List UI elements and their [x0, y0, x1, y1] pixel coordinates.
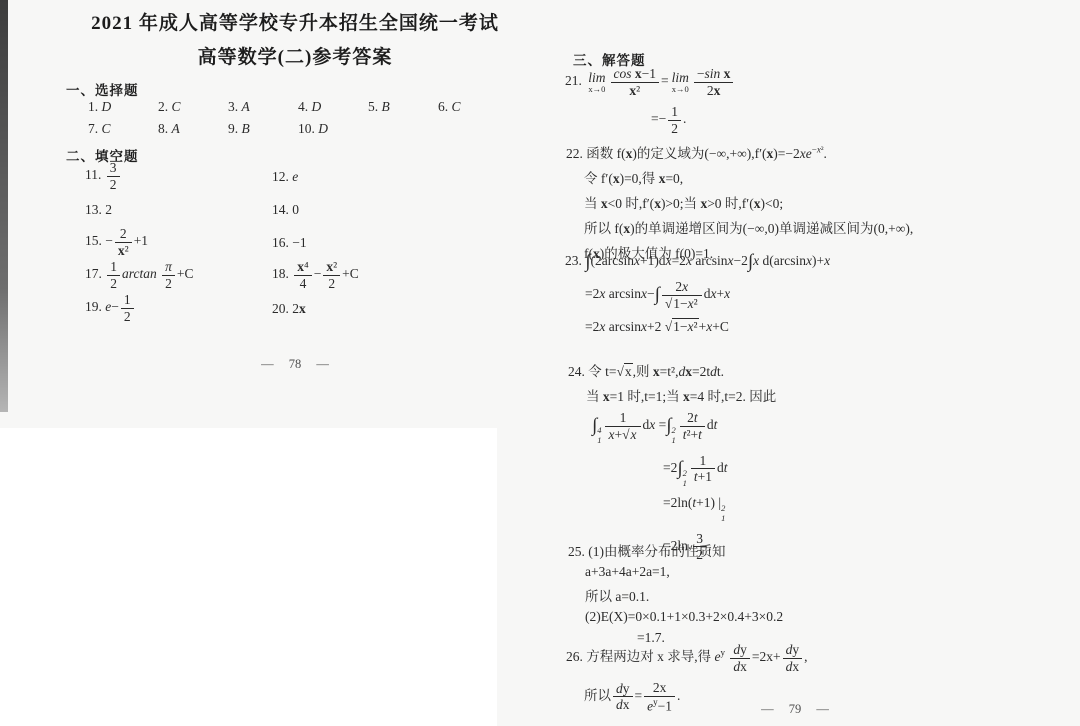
- blank-answer-13: 13. 2: [85, 202, 272, 218]
- blank-answers-row: 19. e−12 20. 2x: [85, 292, 485, 325]
- problem-25-line-4: (2)E(X)=0×0.1+1×0.3+2×0.4+3×0.2: [585, 609, 1073, 626]
- problem-22-line-2: 令 f′(x)=0,得 x=0,: [584, 167, 1078, 187]
- blank-answer-18: 18. x⁴4−x²2+C: [272, 259, 485, 291]
- problem-23: 23. ∫(2arcsinx+1)dx=2x arcsinx−2∫x d(arc…: [565, 252, 1077, 342]
- problem-24: 24. 令 t=√x,则 x=t²,dx=2tdt. 当 x=1 时,t=1;当…: [568, 360, 1073, 569]
- scan-dark-edge: [0, 0, 8, 412]
- problem-25-line-3: 所以 a=0.1.: [585, 585, 1073, 605]
- choice-answer-4: 4. D: [298, 99, 368, 115]
- problem-24-line-4: =2∫211t+1dt: [663, 453, 1073, 489]
- blank-answer-12: 12. e: [272, 169, 485, 185]
- choice-answer-7: 7. C: [88, 121, 158, 137]
- blank-answers-row: 17. 12arctan π2+C 18. x⁴4−x²2+C: [85, 259, 485, 292]
- problem-22: 22. 函数 f(x)的定义域为(−∞,+∞),f′(x)=−2xe−x². 令…: [566, 142, 1078, 268]
- problem-23-line-3: =2x arcsinx+2 √1−x²+x+C: [585, 319, 1077, 336]
- problem-23-line-2: =2x arcsinx−∫2x√1−x²dx+x: [585, 279, 1077, 311]
- problem-26-line-1: 26. 方程两边对 x 求导,得 ey dydx=2x+dydx,: [566, 642, 1071, 674]
- exam-title-line1: 2021 年成人高等学校专升本招生全国统一考试: [55, 8, 535, 35]
- page-number-79: — 79 —: [565, 702, 1025, 717]
- blank-answers-row: 13. 2 14. 0: [85, 193, 485, 226]
- section-heading-choice: 一、选择题: [66, 79, 139, 99]
- problem-25-line-1: 25. (1)由概率分布的性质知: [568, 540, 1073, 560]
- problem-25-line-2: a+3a+4a+2a=1,: [585, 564, 1073, 581]
- problem-24-line-5: =2ln(t+1) |21: [663, 495, 1073, 524]
- choice-answers-row-2: 7. C 8. A 9. B 10. D: [88, 121, 368, 137]
- blank-white-area: [0, 428, 497, 726]
- problem-24-line-3: ∫411x+√xdx =∫212tt²+tdt: [592, 410, 1073, 446]
- blank-answer-20: 20. 2x: [272, 301, 485, 317]
- page-number-78: — 78 —: [55, 357, 535, 372]
- problem-22-line-1: 22. 函数 f(x)的定义域为(−∞,+∞),f′(x)=−2xe−x².: [566, 142, 1078, 162]
- problem-22-line-3: 当 x<0 时,f′(x)>0;当 x>0 时,f′(x)<0;: [584, 192, 1078, 212]
- problem-21: 21. limx→0cos x−1x²=limx→0−sin x2x =−12.: [565, 66, 1070, 142]
- blank-answer-15: 15. −2x²+1: [85, 226, 272, 258]
- blank-answers-row: 15. −2x²+1 16. −1: [85, 226, 485, 259]
- blank-answer-16: 16. −1: [272, 235, 485, 251]
- problem-24-line-2: 当 x=1 时,t=1;当 x=4 时,t=2. 因此: [586, 385, 1073, 405]
- choice-answer-3: 3. A: [228, 99, 298, 115]
- choice-answer-1: 1. D: [88, 99, 158, 115]
- choice-answer-5: 5. B: [368, 99, 438, 115]
- blank-answer-17: 17. 12arctan π2+C: [85, 259, 272, 291]
- blank-answers-row: 11. 32 12. e: [85, 160, 485, 193]
- choice-answer-8: 8. A: [158, 121, 228, 137]
- exam-title-line2: 高等数学(二)参考答案: [55, 42, 535, 69]
- choice-answers-row-1: 1. D 2. C 3. A 4. D 5. B 6. C: [88, 99, 508, 115]
- choice-answer-6: 6. C: [438, 99, 508, 115]
- choice-answer-9: 9. B: [228, 121, 298, 137]
- problem-25: 25. (1)由概率分布的性质知 a+3a+4a+2a=1, 所以 a=0.1.…: [568, 540, 1073, 653]
- problem-21-line-2: =−12.: [651, 104, 1070, 136]
- blank-answer-19: 19. e−12: [85, 292, 272, 324]
- blank-answer-11: 11. 32: [85, 160, 272, 192]
- problem-22-line-4: 所以 f(x)的单调递增区间为(−∞,0)单调递减区间为(0,+∞),: [584, 217, 1078, 237]
- problem-24-line-1: 24. 令 t=√x,则 x=t²,dx=2tdt.: [568, 360, 1073, 380]
- choice-answer-2: 2. C: [158, 99, 228, 115]
- blank-answer-14: 14. 0: [272, 202, 485, 218]
- problem-21-line-1: 21. limx→0cos x−1x²=limx→0−sin x2x: [565, 66, 1070, 98]
- problem-23-line-1: 23. ∫(2arcsinx+1)dx=2x arcsinx−2∫x d(arc…: [565, 252, 1077, 271]
- choice-answer-10: 10. D: [298, 121, 368, 137]
- scanned-answer-key-document: 2021 年成人高等学校专升本招生全国统一考试 高等数学(二)参考答案 一、选择…: [0, 0, 1080, 726]
- blank-answers-grid: 11. 32 12. e 13. 2 14. 0 15. −2x²+1 16. …: [85, 160, 485, 325]
